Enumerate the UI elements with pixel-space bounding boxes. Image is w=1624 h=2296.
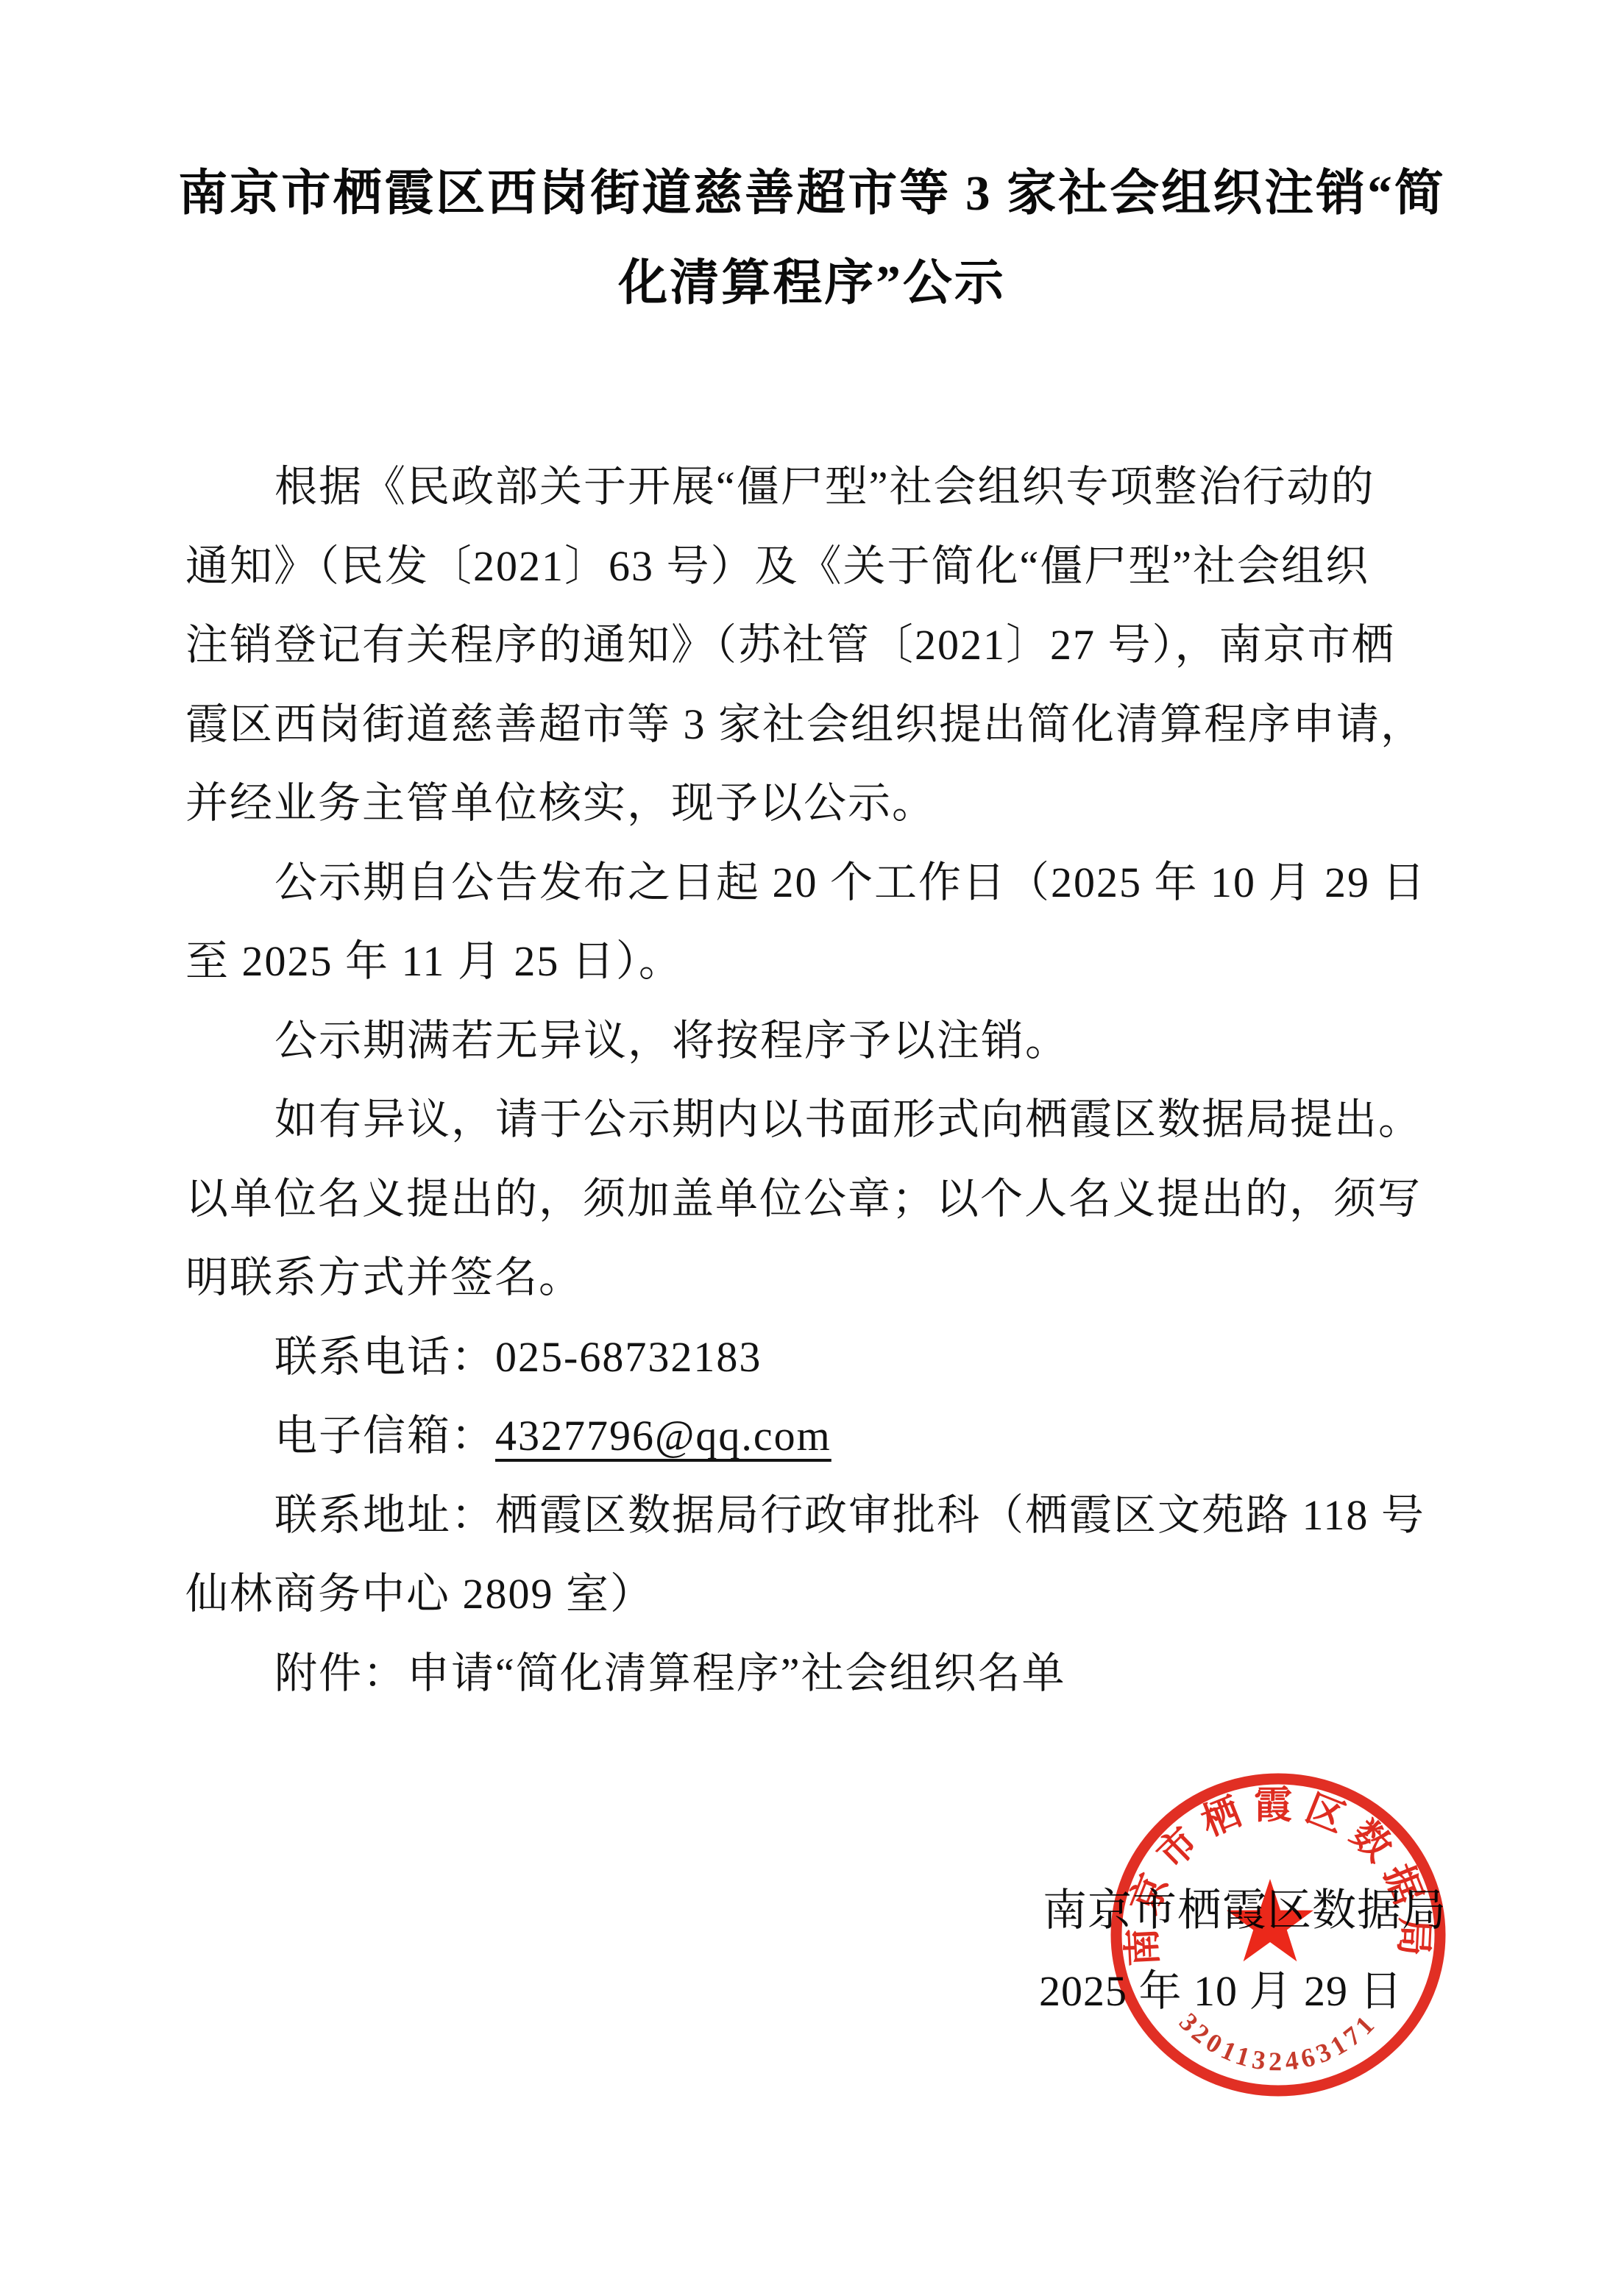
- body-line-phone: 联系电话：025-68732183: [185, 1318, 1455, 1397]
- title-line-1: 南京市栖霞区西岗街道慈善超市等 3 家社会组织注销“简: [0, 149, 1624, 238]
- body-line: 通知》（民发〔2021〕63 号）及《关于简化“僵尸型”社会组织: [185, 527, 1455, 606]
- svg-text:3201132463171: 3201132463171: [1174, 2007, 1383, 2076]
- body-line-attachment: 附件：申请“简化清算程序”社会组织名单: [185, 1634, 1455, 1713]
- official-seal: 南京市栖霞区数据局 3201132463171: [1107, 1769, 1450, 2100]
- body-line: 以单位名义提出的，须加盖单位公章；以个人名义提出的，须写: [185, 1159, 1455, 1239]
- body-line: 根据《民政部关于开展“僵尸型”社会组织专项整治行动的: [185, 447, 1455, 527]
- seal-star-icon: [1227, 1879, 1313, 1961]
- body-line: 公示期满若无异议，将按程序予以注销。: [185, 1001, 1455, 1081]
- document-title: 南京市栖霞区西岗街道慈善超市等 3 家社会组织注销“简 化清算程序”公示: [0, 149, 1624, 328]
- body-line: 霞区西岗街道慈善超市等 3 家社会组织提出简化清算程序申请，: [185, 685, 1455, 764]
- body-line: 至 2025 年 11 月 25 日）。: [185, 922, 1455, 1001]
- body-line-email: 电子信箱：4327796@qq.com: [185, 1396, 1455, 1476]
- seal-code-number: 3201132463171: [1174, 2007, 1383, 2076]
- email-label: 电子信箱：: [274, 1412, 495, 1460]
- body-line: 明联系方式并签名。: [185, 1238, 1455, 1318]
- email-link[interactable]: 4327796@qq.com: [495, 1412, 831, 1460]
- body-line: 仙林商务中心 2809 室）: [185, 1554, 1455, 1634]
- body-line: 如有异议，请于公示期内以书面形式向栖霞区数据局提出。: [185, 1080, 1455, 1159]
- body-line-address: 联系地址：栖霞区数据局行政审批科（栖霞区文苑路 118 号: [185, 1476, 1455, 1555]
- body-line: 公示期自公告发布之日起 20 个工作日（2025 年 10 月 29 日: [185, 843, 1455, 923]
- document-page: 南京市栖霞区西岗街道慈善超市等 3 家社会组织注销“简 化清算程序”公示 根据《…: [0, 0, 1624, 2296]
- body-line: 注销登记有关程序的通知》（苏社管〔2021〕27 号），南京市栖: [185, 605, 1455, 685]
- title-line-2: 化清算程序”公示: [0, 238, 1624, 328]
- document-body: 根据《民政部关于开展“僵尸型”社会组织专项整治行动的 通知》（民发〔2021〕6…: [185, 447, 1455, 1713]
- body-line: 并经业务主管单位核实，现予以公示。: [185, 764, 1455, 843]
